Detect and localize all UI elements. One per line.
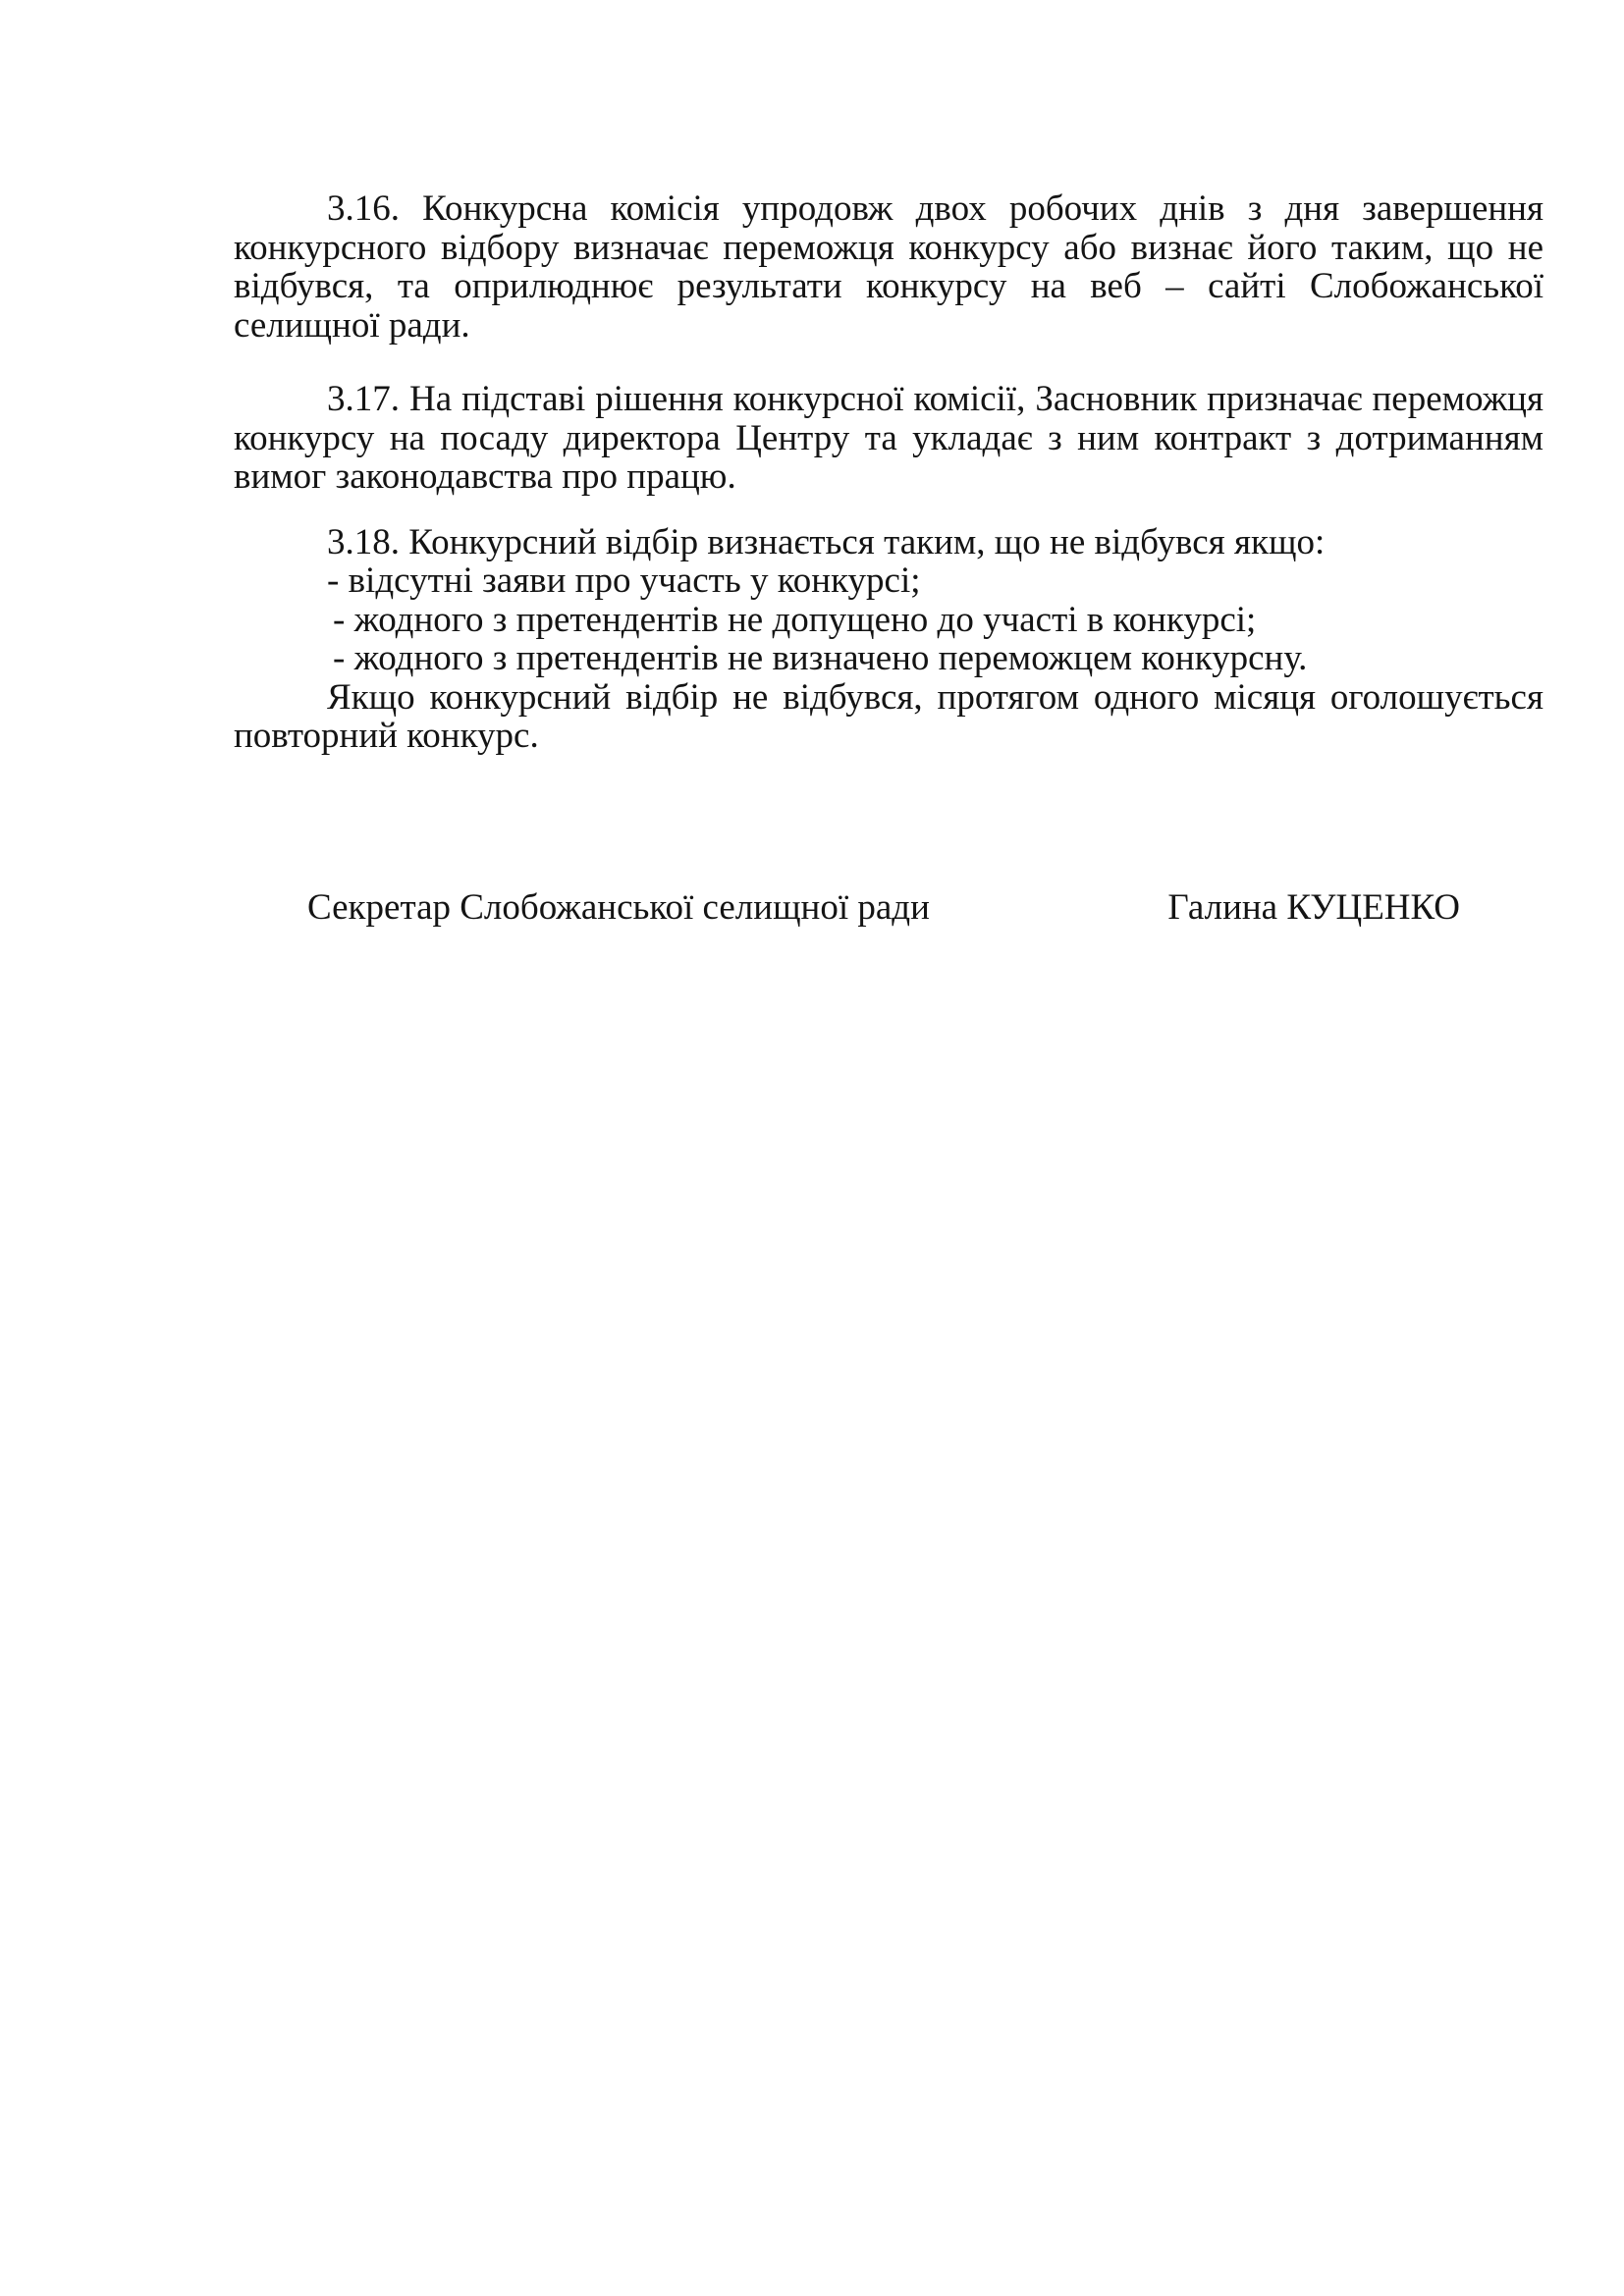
document-body: 3.16. Конкурсна комісія упродовж двох ро… (234, 189, 1543, 927)
paragraph-3-18-intro: 3.18. Конкурсний відбір визнається таким… (234, 523, 1543, 562)
paragraph-3-17: 3.17. На підставі рішення конкурсної ком… (234, 380, 1543, 497)
signature-row: Секретар Слобожанської селищної ради Гал… (234, 888, 1543, 928)
paragraph-3-16: 3.16. Конкурсна комісія упродовж двох ро… (234, 189, 1543, 345)
document-page: 3.16. Конкурсна комісія упродовж двох ро… (0, 0, 1624, 2296)
signature-title: Секретар Слобожанської селищної ради (307, 888, 930, 928)
paragraph-3-18: 3.18. Конкурсний відбір визнається таким… (234, 523, 1543, 756)
bullet-item-no-winner: - жодного з претендентів не визначено пе… (327, 639, 1543, 678)
bullet-item-no-admitted: - жодного з претендентів не допущено до … (327, 601, 1543, 640)
signature-name: Галина КУЦЕНКО (1167, 888, 1460, 928)
bullet-item-no-applications: - відсутні заяви про участь у конкурсі; (327, 561, 1543, 601)
paragraph-3-18-closing: Якщо конкурсний відбір не відбувся, прот… (234, 678, 1543, 756)
